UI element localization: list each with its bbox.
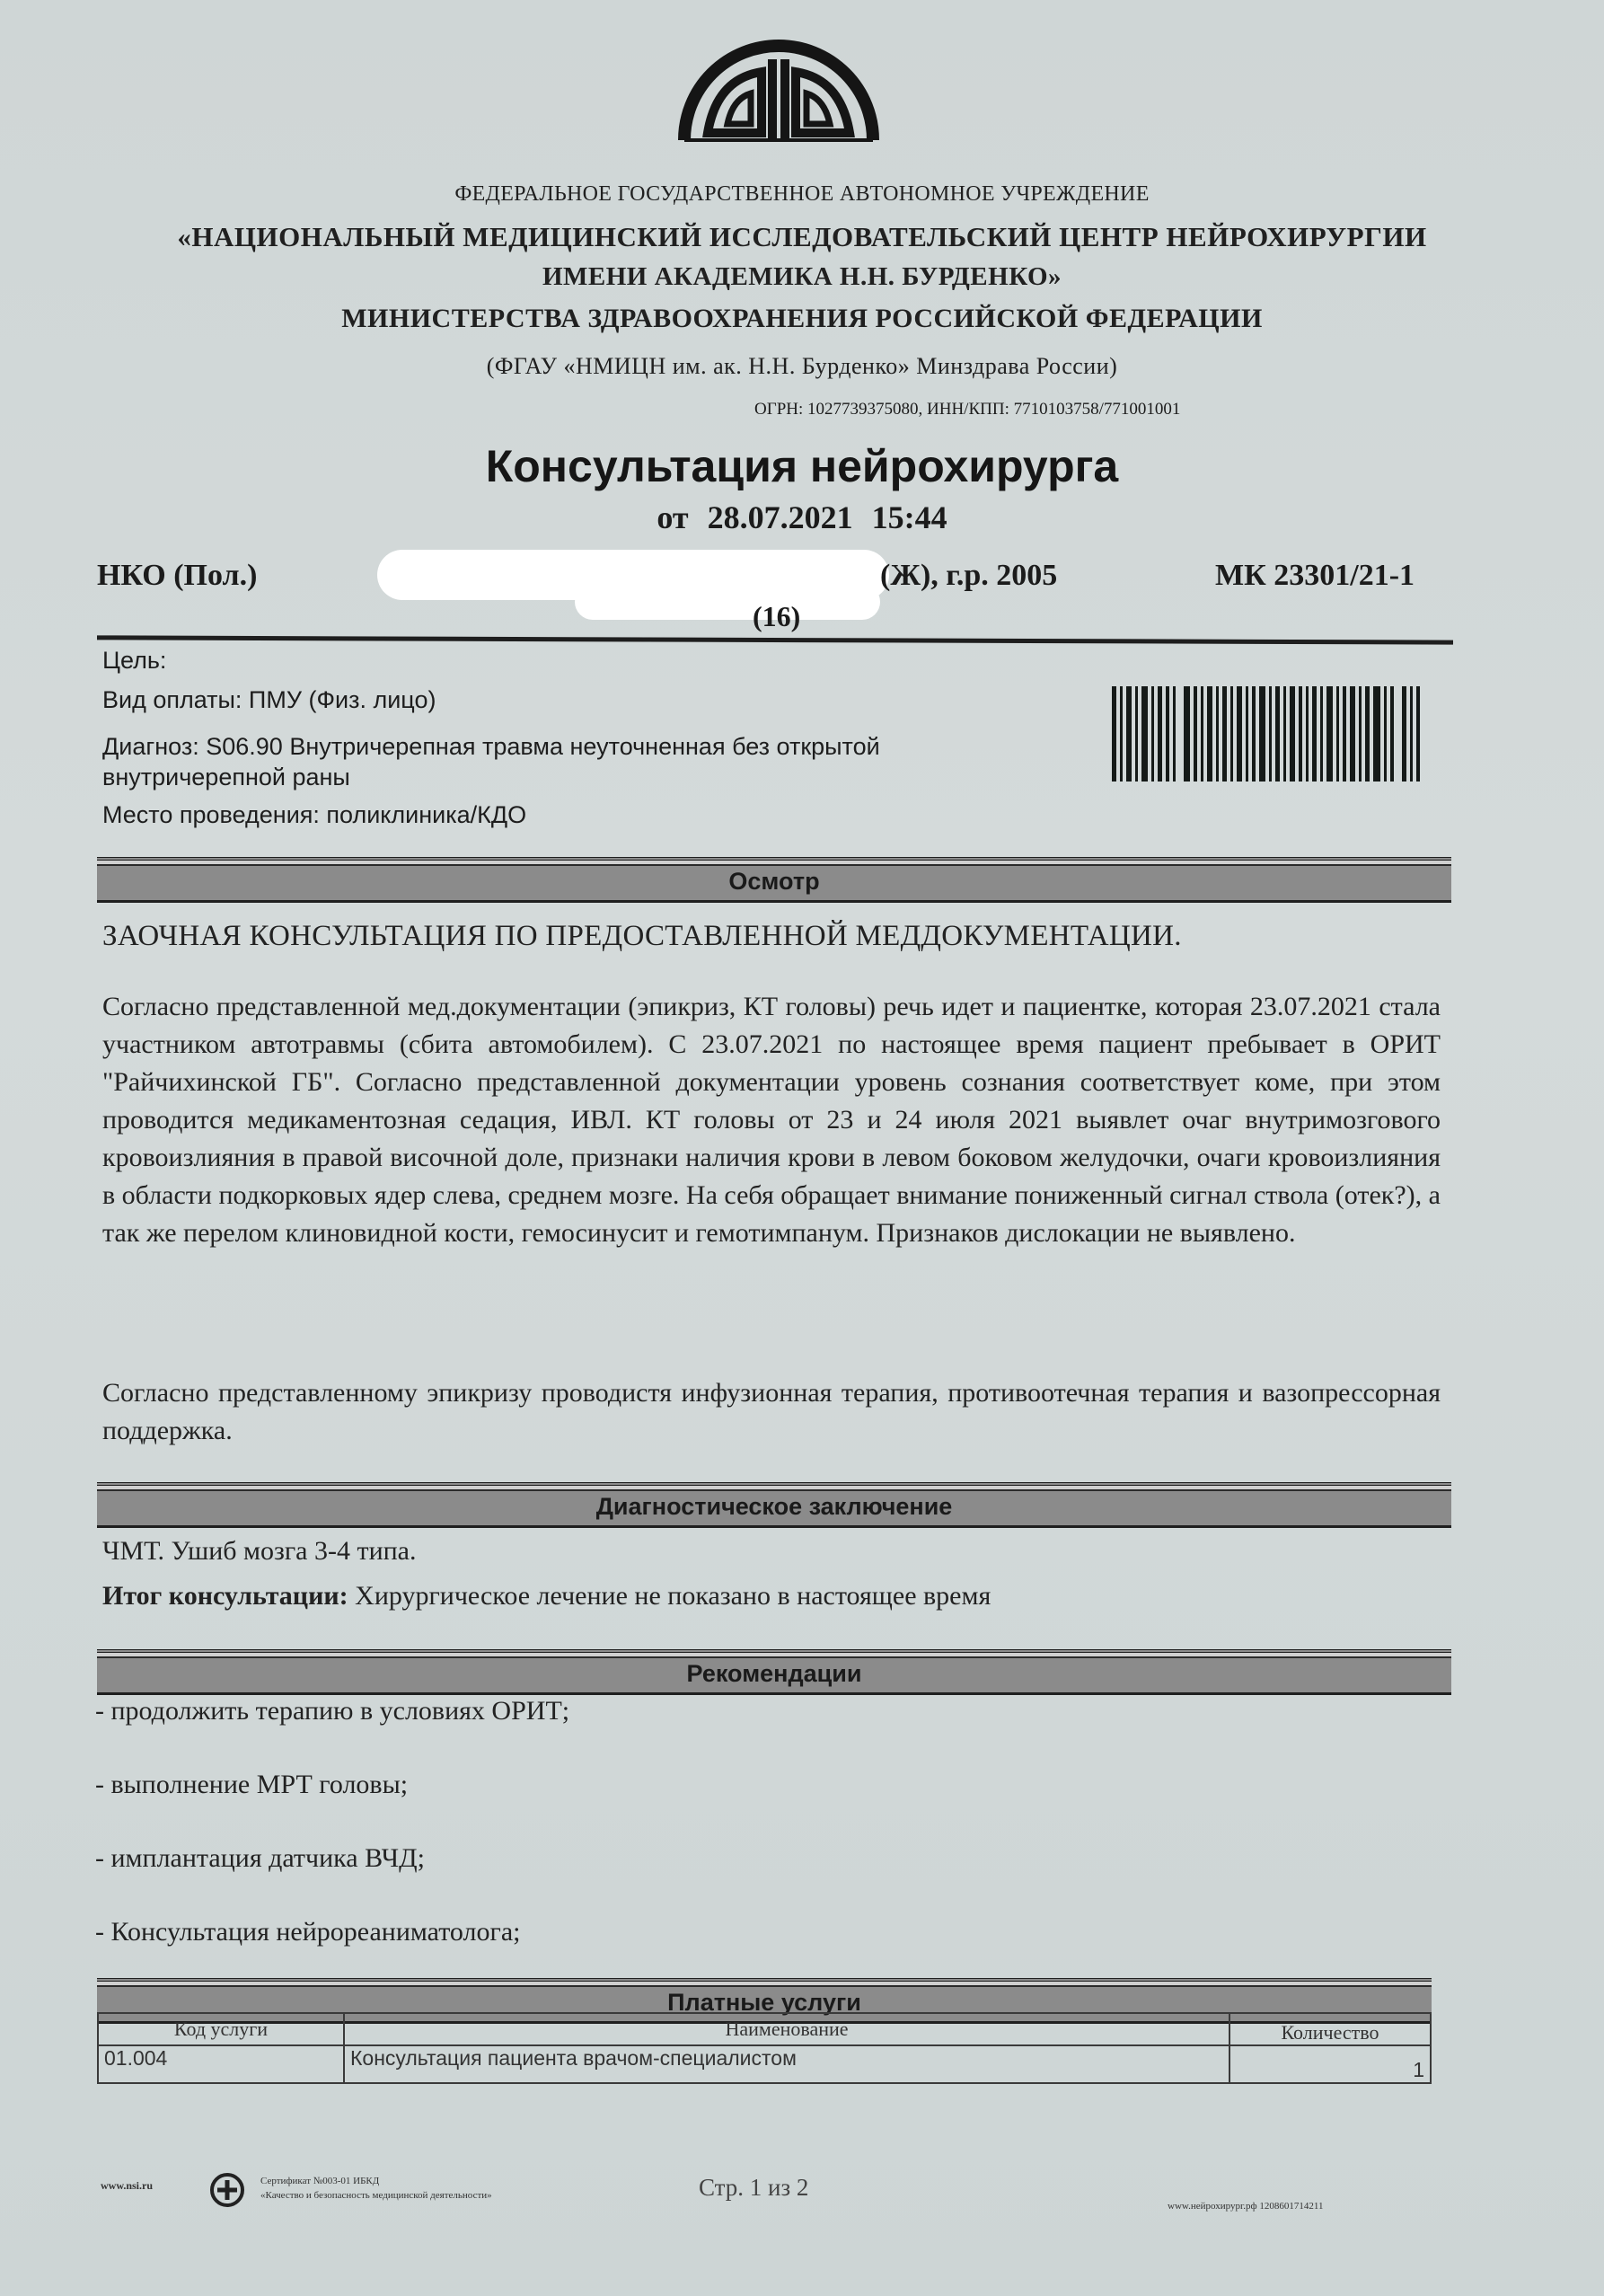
recommendation-item: - продолжить терапию в условиях ОРИТ; (95, 1696, 569, 1726)
institution-name-cont: ИМЕНИ АКАДЕМИКА Н.Н. БУРДЕНКО» (0, 262, 1604, 292)
footer-certificate-line2: «Качество и безопасность медицинской дея… (260, 2188, 492, 2203)
footer-certificate-line1: Сертификат №003-01 ИБКД (260, 2174, 492, 2188)
ministry-name: МИНИСТЕРСТВА ЗДРАВООХРАНЕНИЯ РОССИЙСКОЙ … (0, 304, 1604, 334)
table-header-row: Код услуги Наименование Количество (98, 2013, 1431, 2045)
consultation-result-value: Хирургическое лечение не показано в наст… (355, 1581, 991, 1611)
document-date: от 28.07.2021 15:44 (0, 499, 1604, 536)
patient-sex-birth: (Ж), г.р. 2005 (880, 559, 1057, 593)
diagnosis: Диагноз: S06.90 Внутричерепная травма не… (102, 731, 1036, 792)
institution-type: ФЕДЕРАЛЬНОЕ ГОСУДАРСТВЕННОЕ АВТОНОМНОЕ У… (0, 182, 1604, 207)
paid-services-table: Код услуги Наименование Количество 01.00… (97, 2012, 1432, 2084)
footer-certificate: Сертификат №003-01 ИБКД «Качество и безо… (260, 2174, 492, 2203)
exam-paragraph-1: Согласно представленной мед.документации… (102, 988, 1441, 1252)
quality-certificate-icon (209, 2172, 245, 2208)
document-title: Консультация нейрохирурга (0, 440, 1604, 492)
section-header-exam: Осмотр (97, 857, 1451, 903)
institution-logo-icon (675, 34, 882, 142)
column-header-code: Код услуги (98, 2013, 344, 2045)
column-header-name: Наименование (344, 2013, 1229, 2045)
column-header-qty: Количество (1229, 2013, 1431, 2045)
footer-website-right: www.нейрохирург.рф 1208601714211 (1168, 2201, 1323, 2212)
header-divider (97, 635, 1453, 644)
recommendation-item: - выполнение МРТ головы; (95, 1770, 408, 1800)
ogrn-inn: ОГРН: 1027739375080, ИНН/КПП: 7710103758… (754, 400, 1180, 419)
section-header-recommendations: Рекомендации (97, 1649, 1451, 1695)
footer-website-left: www.nsi.ru (101, 2179, 153, 2193)
consultation-result-label: Итог консультации: (102, 1581, 348, 1611)
institution-short-name: (ФГАУ «НМИЦН им. ак. Н.Н. Бурденко» Минз… (0, 353, 1604, 380)
conclusion-diagnosis: ЧМТ. Ушиб мозга 3-4 типа. (102, 1536, 417, 1567)
institution-name: «НАЦИОНАЛЬНЫЙ МЕДИЦИНСКИЙ ИССЛЕДОВАТЕЛЬС… (0, 221, 1604, 253)
patient-department: НКО (Пол.) (97, 559, 257, 593)
patient-age: (16) (753, 600, 800, 633)
exam-heading: ЗАОЧНАЯ КОНСУЛЬТАЦИЯ ПО ПРЕДОСТАВЛЕННОЙ … (102, 920, 1182, 953)
service-name: Консультация пациента врачом-специалисто… (344, 2045, 1229, 2083)
recommendation-item: - имплантация датчика ВЧД; (95, 1843, 425, 1874)
visit-place: Место проведения: поликлиника/КДО (102, 801, 526, 829)
table-row: 01.004 Консультация пациента врачом-спец… (98, 2045, 1431, 2083)
payment-type: Вид оплаты: ПМУ (Физ. лицо) (102, 686, 436, 714)
service-qty: 1 (1229, 2045, 1431, 2083)
consultation-result: Итог консультации: Хирургическое лечение… (102, 1581, 991, 1612)
exam-paragraph-2: Согласно представленному эпикризу провод… (102, 1374, 1441, 1450)
visit-goal: Цель: (102, 647, 166, 675)
medical-record-number: МК 23301/21-1 (1215, 559, 1415, 593)
section-header-diagnostic-conclusion: Диагностическое заключение (97, 1482, 1451, 1528)
service-code: 01.004 (98, 2045, 344, 2083)
recommendation-item: - Консультация нейрореаниматолога; (95, 1917, 520, 1947)
redacted-patient-name-2 (575, 584, 880, 620)
page-number: Стр. 1 из 2 (699, 2174, 808, 2202)
barcode-icon (1112, 686, 1440, 782)
